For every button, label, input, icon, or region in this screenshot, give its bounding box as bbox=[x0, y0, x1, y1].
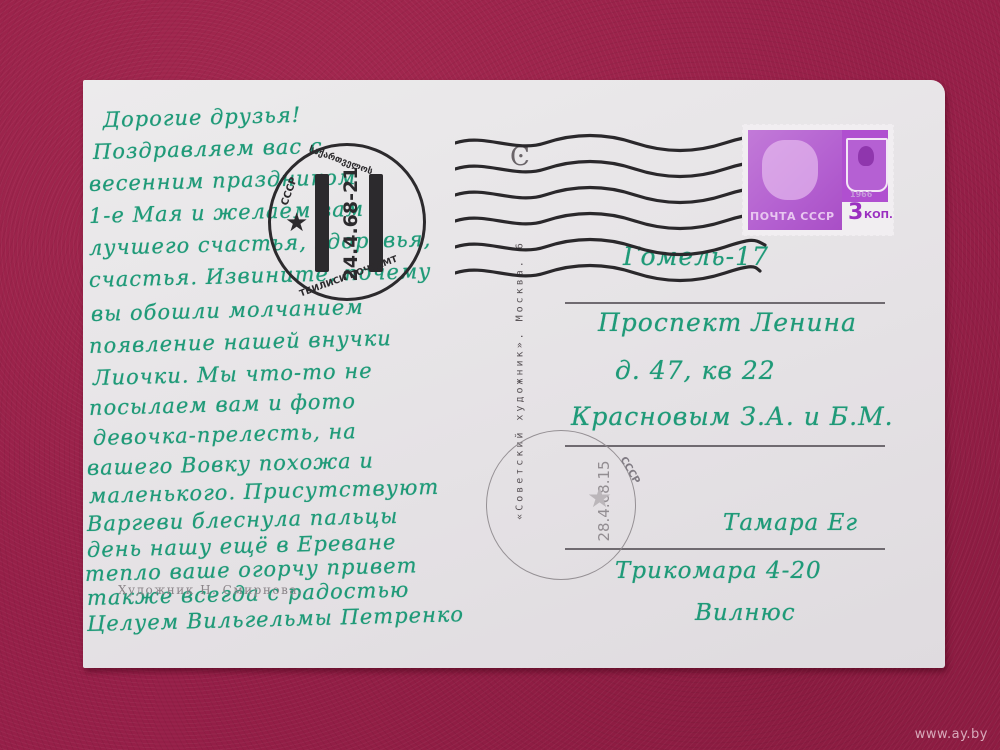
postmark-arrival-country: СССР bbox=[618, 455, 642, 486]
postmark-bar bbox=[369, 174, 383, 272]
sender-name: Тамара Ег bbox=[723, 510, 858, 536]
sender-city: Вилнюс bbox=[695, 600, 796, 626]
postage-stamp: ПОЧТА СССР 3 КОП. 1966 bbox=[742, 124, 894, 236]
star-icon: ★ bbox=[587, 481, 612, 514]
message-line: Дорогие друзья! bbox=[103, 103, 302, 132]
address-recipient: Красновым З.А. и Б.М. bbox=[571, 402, 894, 431]
message-line: девочка-прелесть, на bbox=[93, 419, 357, 450]
lenin-profile-icon bbox=[858, 146, 874, 166]
address-line-rule bbox=[565, 445, 885, 447]
sender-street: Трикомара 4-20 bbox=[615, 558, 822, 584]
message-line: вашего Вовку похожа и bbox=[87, 448, 374, 480]
message-line: появление нашей внучки bbox=[89, 326, 392, 358]
stamp-unit: КОП. bbox=[864, 210, 893, 221]
address-street: Проспект Ленина bbox=[598, 308, 857, 337]
postmark-arrival: 28.4.68.15 ★ СССР bbox=[486, 430, 636, 580]
message-line: вы обошли молчанием bbox=[91, 295, 364, 326]
message-line: Поздравляем вас с bbox=[93, 134, 323, 164]
artist-caption: Художник Н. Смирнова. bbox=[118, 583, 303, 597]
postmark-country: СССР bbox=[279, 176, 299, 207]
address-house: д. 47, кв 22 bbox=[615, 356, 776, 385]
postcard: Дорогие друзья! Поздравляем вас с весенн… bbox=[83, 80, 945, 668]
stamp-country: ПОЧТА СССР bbox=[750, 210, 835, 223]
star-icon: ★ bbox=[285, 208, 308, 238]
watermark: www.ay.by bbox=[915, 727, 988, 742]
postmark-tbilisi: 24.4.68-21 ★ СССР საქართველოს ТБИЛИСИ ПО… bbox=[268, 143, 426, 301]
stamp-year: 1966 bbox=[850, 190, 872, 199]
message-line: маленького. Присутствуют bbox=[89, 475, 440, 508]
postmark-bar bbox=[315, 174, 329, 272]
message-line: Лиочки. Мы что-то не bbox=[93, 359, 373, 390]
stamp-portrait bbox=[762, 140, 818, 200]
message-line: посылаем вам и фото bbox=[89, 389, 357, 420]
stamp-value: 3 bbox=[848, 200, 863, 225]
postmark-date: 24.4.68-21 bbox=[340, 167, 362, 282]
